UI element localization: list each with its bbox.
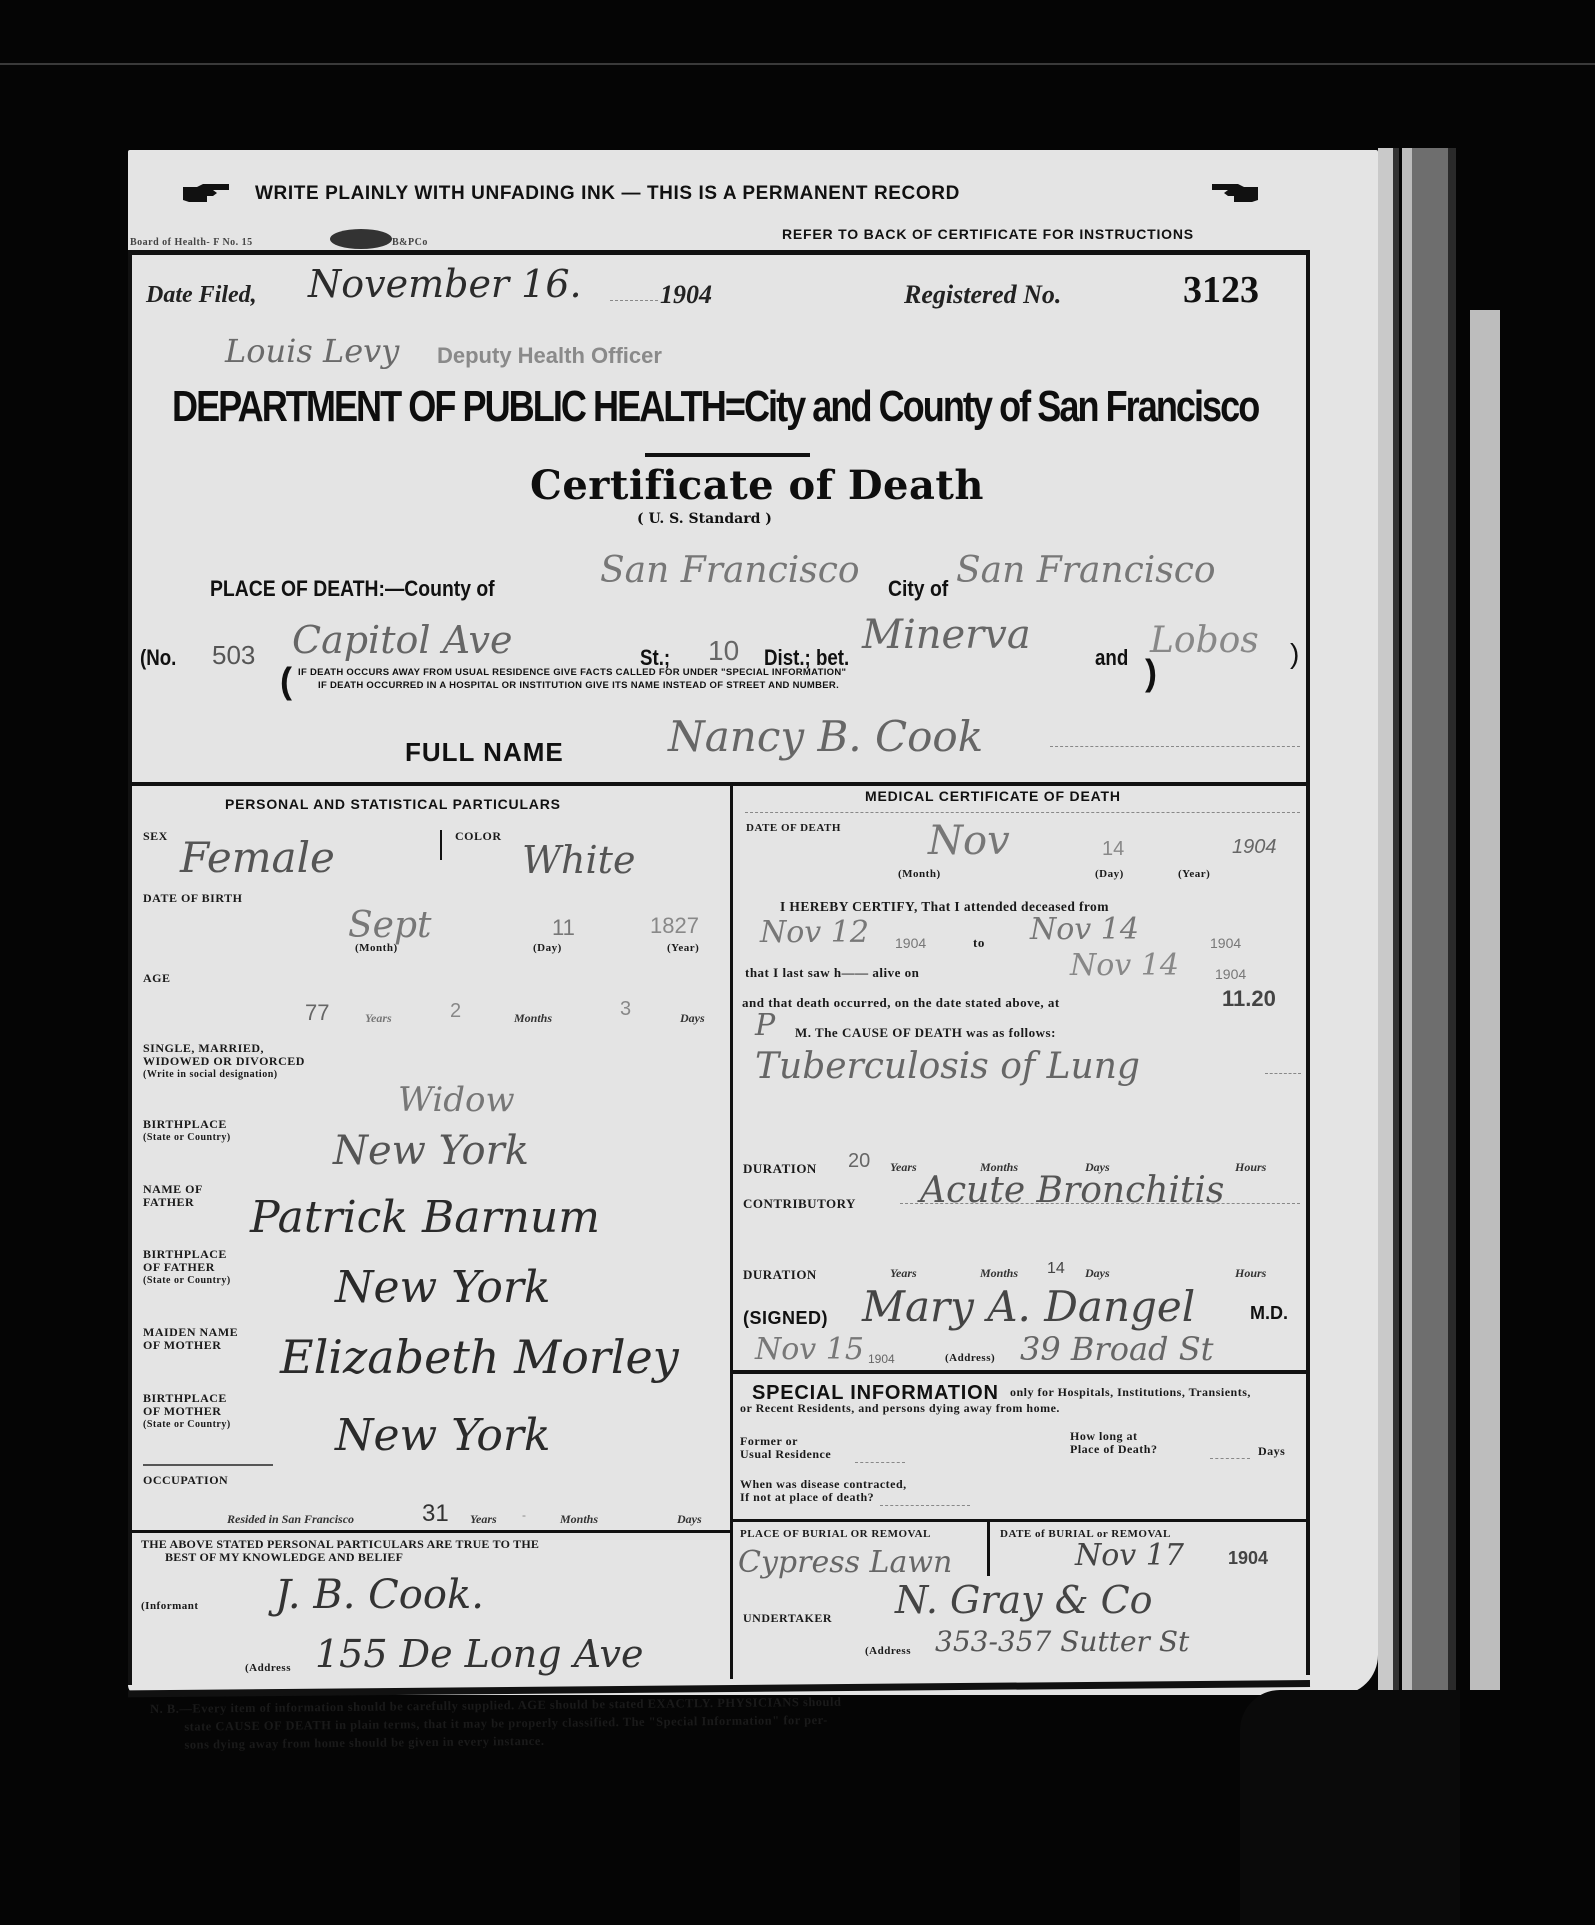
dob-year: 1827 (650, 913, 699, 939)
undertaker-address-label: (Address (865, 1645, 911, 1658)
personal-heading: PERSONAL AND STATISTICAL PARTICULARS (225, 796, 561, 812)
burial-place-label: PLACE OF BURIAL OR REMOVAL (740, 1528, 931, 1541)
age-days-caption: Days (680, 1011, 705, 1026)
department-title: DEPARTMENT OF PUBLIC HEALTH=City and Cou… (172, 382, 1258, 432)
pointing-hand-icon (183, 183, 231, 205)
occupation-label: OCCUPATION (143, 1474, 228, 1487)
registered-label: Registered No. (904, 280, 1061, 310)
father-birthplace-label: BIRTHPLACE OF FATHER (State or Country) (143, 1248, 231, 1287)
informant-label: (Informant (141, 1600, 199, 1613)
signed-date: Nov 15 (755, 1332, 864, 1367)
dob-year-caption: (Year) (667, 942, 699, 955)
physician-address: 39 Broad St (1020, 1330, 1213, 1368)
resided-label: Resided in San Francisco (227, 1512, 354, 1527)
city-label: City of (888, 576, 948, 602)
father-name: Patrick Barnum (250, 1192, 600, 1243)
attended-to: Nov 14 (1030, 912, 1139, 947)
refer-instructions: REFER TO BACK OF CERTIFICATE FOR INSTRUC… (782, 226, 1194, 242)
contrib-duration-label: DURATION (743, 1268, 817, 1281)
attest-rule (130, 1530, 730, 1533)
resided-years: 31 (422, 1500, 449, 1528)
full-name-label: FULL NAME (405, 737, 564, 768)
date-filed-year: 1904 (660, 280, 712, 310)
how-long-field (1210, 1458, 1250, 1459)
occurred-text: and that death occurred, on the date sta… (742, 996, 1060, 1009)
medical-heading: MEDICAL CERTIFICATE OF DEATH (865, 788, 1121, 804)
printer-mark: B&PCo (392, 236, 428, 249)
place-note-line1: IF DEATH OCCURS AWAY FROM USUAL RESIDENC… (298, 667, 846, 678)
age-years-caption: Years (365, 1011, 392, 1026)
mother-birthplace-label: BIRTHPLACE OF MOTHER (State or Country) (143, 1392, 231, 1431)
contributory-underline (900, 1203, 1300, 1204)
former-residence-label: Former or Usual Residence (740, 1435, 831, 1461)
informant-address-label: (Address (245, 1662, 291, 1675)
resided-months-caption: Months (560, 1512, 598, 1527)
burial-year: 1904 (1228, 1548, 1268, 1569)
age-label: AGE (143, 972, 171, 985)
dod-day-caption: (Day) (1095, 868, 1124, 881)
officer-signature: Louis Levy (225, 332, 399, 370)
burial-divider (987, 1521, 990, 1576)
marital-label: SINGLE, MARRIED, WIDOWED OR DIVORCED (Wr… (143, 1042, 305, 1081)
page-edge (1448, 148, 1456, 1698)
undertaker-label: UNDERTAKER (743, 1612, 832, 1625)
dod-month: Nov (928, 818, 1010, 864)
burial-place: Cypress Lawn (738, 1545, 952, 1580)
place-note-line2: IF DEATH OCCURRED IN A HOSPITAL OR INSTI… (318, 680, 839, 691)
contrib-hours-caption: Hours (1235, 1266, 1266, 1281)
signed-year: 1904 (868, 1352, 895, 1366)
sex-label: SEX (143, 830, 168, 843)
section-divider (128, 782, 1310, 786)
last-saw-label: that I last saw h—— alive on (745, 966, 919, 979)
cause-text: M. The CAUSE OF DEATH was as follows: (795, 1026, 1056, 1039)
medical-heading-rule (745, 812, 1300, 813)
birthplace-value: New York (333, 1128, 529, 1174)
occupation-rule (143, 1464, 273, 1466)
burial-date: Nov 17 (1075, 1538, 1184, 1573)
page-edge (1412, 148, 1448, 1698)
officer-title: Deputy Health Officer (437, 343, 662, 369)
duration-hours-caption: Hours (1235, 1160, 1266, 1175)
form-right-rule (1306, 250, 1310, 1675)
attest-text: THE ABOVE STATED PERSONAL PARTICULARS AR… (141, 1538, 539, 1564)
note-close-paren: ) (1145, 652, 1157, 694)
age-years: 77 (305, 1000, 329, 1026)
date-filed-label: Date Filed, (146, 282, 257, 309)
ink-notice: WRITE PLAINLY WITH UNFADING INK — THIS I… (255, 183, 960, 205)
mother-name: Elizabeth Morley (280, 1330, 679, 1384)
contributory-label: CONTRIBUTORY (743, 1197, 856, 1210)
and-label: and (1095, 645, 1128, 671)
house-number: 503 (212, 640, 255, 671)
dob-month: Sept (348, 905, 431, 946)
md-label: M.D. (1250, 1303, 1288, 1324)
physician-address-label: (Address) (945, 1352, 995, 1365)
age-months: 2 (450, 1000, 461, 1023)
dob-day-caption: (Day) (533, 942, 562, 955)
full-name-underline (1050, 746, 1300, 747)
dob-month-caption: (Month) (355, 942, 398, 955)
to-label: to (973, 936, 985, 949)
contracted-field (880, 1505, 970, 1506)
attended-from-year: 1904 (895, 935, 926, 951)
contrib-years-caption: Years (890, 1266, 917, 1281)
form-id: Board of Health- F No. 15 (130, 236, 253, 249)
mother-birthplace: New York (335, 1410, 551, 1461)
color-label: COLOR (455, 830, 502, 843)
sex-color-divider (440, 830, 442, 860)
form-left-rule (128, 250, 132, 1685)
age-days: 3 (620, 998, 631, 1021)
page-edge (1470, 310, 1500, 1690)
undertaker-address: 353-357 Sutter St (935, 1625, 1189, 1658)
age-months-caption: Months (514, 1011, 552, 1026)
page-edge (1393, 148, 1399, 1698)
cause-of-death: Tuberculosis of Lung (755, 1046, 1140, 1087)
dod-day: 14 (1102, 838, 1124, 861)
column-divider (730, 784, 733, 1679)
district-value: 10 (708, 635, 739, 667)
note-open-paren: ( (280, 660, 292, 702)
how-long-label: How long at Place of Death? (1070, 1430, 1157, 1456)
form-top-rule (128, 250, 1310, 255)
meridiem: P (755, 1008, 775, 1043)
former-residence-field (855, 1462, 905, 1463)
special-rule (733, 1370, 1308, 1374)
dob-label: DATE OF BIRTH (143, 892, 242, 905)
date-filed-month-day: November 16. (308, 262, 582, 306)
resided-days-caption: Days (677, 1512, 702, 1527)
full-name-value: Nancy B. Cook (668, 712, 983, 761)
date-filed-dash (610, 300, 658, 301)
registered-number: 3123 (1183, 268, 1259, 312)
special-heading-note: only for Hospitals, Institutions, Transi… (1010, 1386, 1251, 1399)
place-of-death-label: PLACE OF DEATH:—County of (210, 576, 495, 602)
city-value: San Francisco (956, 550, 1216, 591)
sex-value: Female (180, 833, 335, 882)
street-value: Capitol Ave (292, 618, 512, 662)
cause-underline (1265, 1073, 1301, 1074)
attended-to-year: 1904 (1210, 935, 1241, 951)
cross-street-2: Lobos (1150, 620, 1259, 661)
contrib-days-caption: Days (1085, 1266, 1110, 1281)
duration-years-caption: Years (890, 1160, 917, 1175)
undertaker-name: N. Gray & Co (895, 1578, 1153, 1622)
signed-label: (SIGNED) (743, 1308, 828, 1329)
shadow-object (1240, 1690, 1460, 1925)
dod-label: DATE OF DEATH (746, 822, 841, 835)
resided-months: - (522, 1508, 526, 1522)
printer-seal-icon (330, 229, 392, 249)
title-underline (645, 453, 810, 457)
father-birthplace: New York (335, 1262, 551, 1313)
death-time: 11.20 (1222, 986, 1276, 1012)
dod-year-caption: (Year) (1178, 868, 1210, 881)
birthplace-label: BIRTHPLACE (State or Country) (143, 1118, 231, 1144)
us-standard: ( U. S. Standard ) (637, 511, 772, 527)
cross-street-1: Minerva (862, 612, 1031, 658)
duration-label: DURATION (743, 1162, 817, 1175)
informant-address: 155 De Long Ave (315, 1632, 644, 1676)
footnote: N. B.—Every item of information should b… (150, 1693, 842, 1754)
page-edge (1402, 148, 1412, 1698)
burial-rule (733, 1519, 1308, 1522)
number-label: (No. (140, 645, 176, 671)
marital-value: Widow (398, 1080, 515, 1120)
informant-name: J. B. Cook. (275, 1572, 484, 1618)
dod-month-caption: (Month) (898, 868, 941, 881)
dod-year: 1904 (1232, 836, 1277, 859)
certificate-title: Certificate of Death (530, 462, 984, 509)
special-heading-line2: or Recent Residents, and persons dying a… (740, 1402, 1060, 1415)
pointing-hand-icon (1205, 183, 1263, 205)
last-saw-year: 1904 (1215, 966, 1246, 982)
how-long-days: Days (1258, 1445, 1285, 1458)
county-value: San Francisco (600, 550, 860, 591)
contributory-value: Acute Bronchitis (920, 1170, 1224, 1211)
scan-line (0, 63, 1595, 65)
contracted-label: When was disease contracted, If not at p… (740, 1478, 907, 1504)
close-paren: ) (1290, 638, 1299, 670)
mother-label: MAIDEN NAME OF MOTHER (143, 1326, 238, 1352)
color-value: White (522, 838, 635, 882)
resided-years-caption: Years (470, 1512, 497, 1527)
last-saw-date: Nov 14 (1070, 948, 1179, 983)
dob-day: 11 (552, 915, 575, 941)
cause-duration-years: 20 (848, 1150, 870, 1173)
contrib-months-caption: Months (980, 1266, 1018, 1281)
attended-from: Nov 12 (760, 915, 869, 950)
father-label: NAME OF FATHER (143, 1183, 203, 1209)
contrib-duration-months: 14 (1047, 1260, 1065, 1278)
physician-signature: Mary A. Dangel (862, 1282, 1195, 1331)
